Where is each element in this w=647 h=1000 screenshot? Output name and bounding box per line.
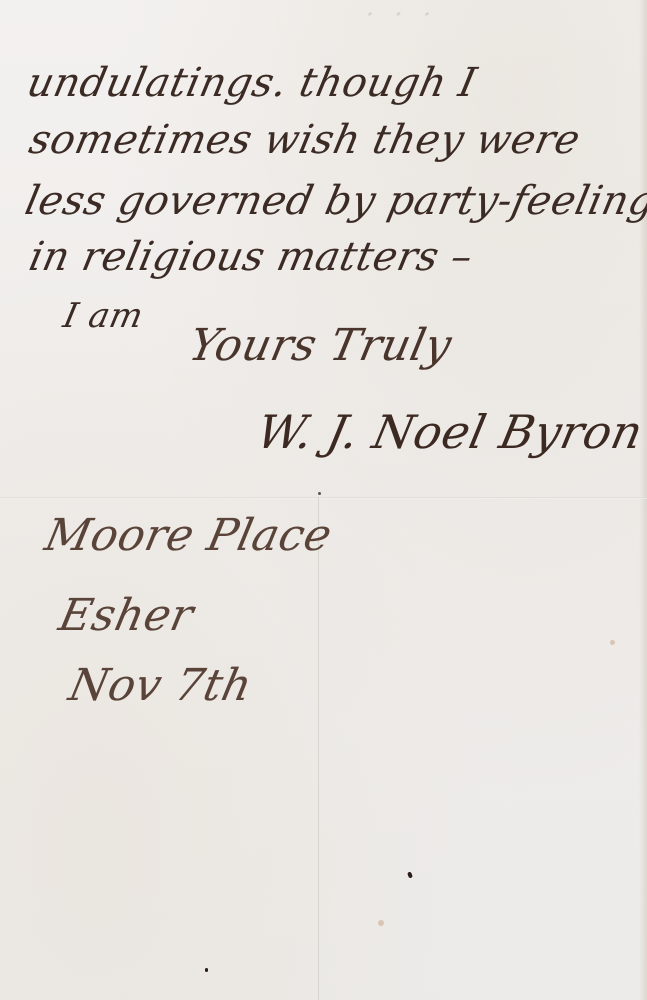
body-line-1: undulatings. though I — [23, 60, 481, 106]
closing-salutation: Yours Truly — [185, 320, 457, 371]
ink-speck — [318, 492, 321, 495]
address-line-2: Esher — [55, 590, 198, 641]
letter-date: Nov 7th — [65, 660, 257, 711]
bleed-through-ink: · · · — [349, 0, 647, 60]
body-line-3: less governed by party-feeling — [21, 178, 647, 224]
body-line-2: sometimes wish they were — [25, 117, 584, 163]
paper-stain — [378, 920, 384, 926]
signature: W. J. Noel Byron — [252, 405, 647, 459]
closing-prefix: I am — [60, 296, 147, 336]
address-line-1: Moore Place — [41, 510, 337, 561]
vertical-fold-crease — [318, 497, 319, 1000]
paper-edge-shadow — [639, 0, 647, 1000]
letter-page: · · · undulatings. though I sometimes wi… — [0, 0, 647, 1000]
body-line-4: in religious matters – — [25, 234, 477, 280]
ink-speck — [205, 968, 208, 972]
ink-speck — [407, 871, 413, 878]
paper-stain — [610, 640, 615, 645]
horizontal-fold-crease — [0, 497, 647, 499]
